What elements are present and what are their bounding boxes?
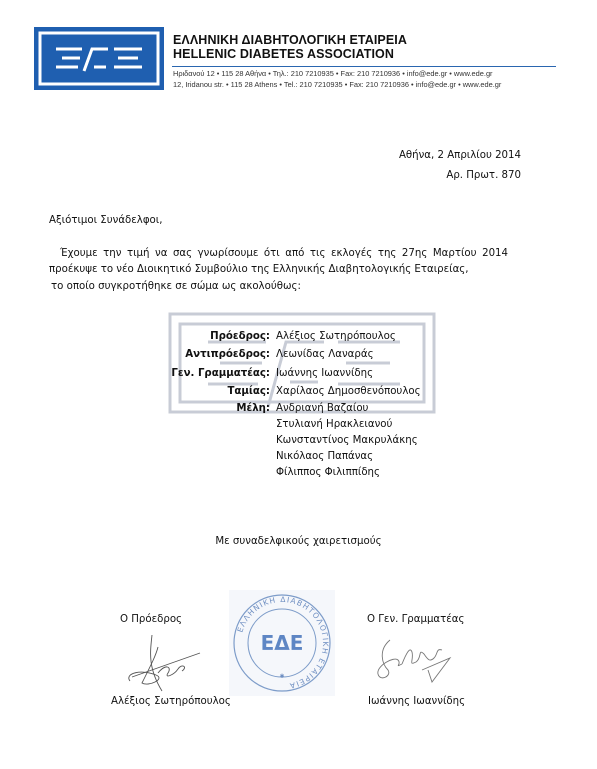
members-list: Ανδριανή Βαζαίου Στυλιανή Ηρακλειανού Κω…: [276, 401, 418, 481]
header-divider: [172, 66, 556, 67]
role-label: Πρόεδρος:: [150, 331, 276, 342]
role-label: Αντιπρόεδρος:: [150, 349, 276, 360]
board-list: Πρόεδρος: Αλέξιος Σωτηρόπουλος Αντιπρόεδ…: [150, 327, 421, 420]
body-line-1: Έχουμε την τιμή να σας γνωρίσουμε ότι απ…: [60, 248, 508, 259]
member-name: Χαρίλαος Δημοσθενόπουλος: [276, 386, 421, 397]
closing-greeting: Με συναδελφικούς χαιρετισμούς: [0, 536, 597, 547]
member-name: Ιωάννης Ιωαννίδης: [276, 368, 373, 379]
president-name: Αλέξιος Σωτηρόπουλος: [111, 696, 231, 707]
salutation: Αξιότιμοι Συνάδελφοι,: [49, 215, 162, 226]
body-line-2: προέκυψε το νέο Διοικητικό Συμβούλιο της…: [49, 264, 469, 275]
role-label: Ταμίας:: [150, 386, 276, 397]
contact-info-greek: Ηριδανού 12 • 115 28 Αθήνα • Τηλ.: 210 7…: [173, 69, 501, 80]
secretary-general-signature: [372, 636, 452, 684]
contact-info-english: 12, Iridanou str. • 115 28 Athens • Tel.…: [173, 80, 501, 91]
secretary-general-title: Ο Γεν. Γραμματέας: [367, 614, 464, 625]
contact-info: Ηριδανού 12 • 115 28 Αθήνα • Τηλ.: 210 7…: [173, 69, 501, 90]
stamp-star: ✱: [279, 673, 284, 680]
board-row-secretary-general: Γεν. Γραμματέας: Ιωάννης Ιωαννίδης: [150, 364, 421, 383]
board-row-president: Πρόεδρος: Αλέξιος Σωτηρόπουλος: [150, 327, 421, 346]
president-signature: [122, 633, 202, 693]
board-row-treasurer: Ταμίας: Χαρίλαος Δημοσθενόπουλος: [150, 383, 421, 402]
organization-title-greek: ΕΛΛΗΝΙΚΗ ΔΙΑΒΗΤΟΛΟΓΙΚΗ ΕΤΑΙΡΕΙΑ: [173, 33, 407, 47]
president-title: Ο Πρόεδρος: [120, 614, 182, 625]
association-logo: [34, 27, 164, 90]
secretary-general-name: Ιωάννης Ιωαννίδης: [368, 696, 465, 707]
member-name: Κωνσταντίνος Μακρυλάκης: [276, 433, 418, 449]
board-row-vice-president: Αντιπρόεδρος: Λεωνίδας Λαναράς: [150, 346, 421, 365]
member-name: Νικόλαος Παπάνας: [276, 449, 418, 465]
member-name: Φίλιππος Φιλιππίδης: [276, 465, 418, 481]
organization-title-english: HELLENIC DIABETES ASSOCIATION: [173, 47, 407, 61]
protocol-number: Αρ. Πρωτ. 870: [399, 166, 521, 186]
stamp-logo: ΕΔΕ: [261, 631, 304, 655]
date-block: Αθήνα, 2 Απριλίου 2014 Αρ. Πρωτ. 870: [399, 146, 521, 186]
member-name: Ανδριανή Βαζαίου: [276, 401, 418, 417]
role-label: Γεν. Γραμματέας:: [150, 368, 276, 379]
body-line-3: το οποίο συγκροτήθηκε σε σώμα ως ακολούθ…: [51, 281, 301, 292]
official-stamp: ΕΛΛΗΝΙΚΗ ΔΙΑΒΗΤΟΛΟΓΙΚΗ ΕΤΑΙΡΕΙΑ ΕΔΕ ✱: [229, 590, 335, 696]
letter-date: Αθήνα, 2 Απριλίου 2014: [399, 146, 521, 166]
member-name: Λεωνίδας Λαναράς: [276, 349, 374, 360]
member-name: Στυλιανή Ηρακλειανού: [276, 417, 418, 433]
board-row-members: Μέλη: Ανδριανή Βαζαίου Στυλιανή Ηρακλεια…: [150, 401, 421, 420]
organization-title: ΕΛΛΗΝΙΚΗ ΔΙΑΒΗΤΟΛΟΓΙΚΗ ΕΤΑΙΡΕΙΑ HELLENIC…: [173, 33, 407, 61]
member-name: Αλέξιος Σωτηρόπουλος: [276, 331, 396, 342]
role-label: Μέλη:: [150, 401, 276, 417]
